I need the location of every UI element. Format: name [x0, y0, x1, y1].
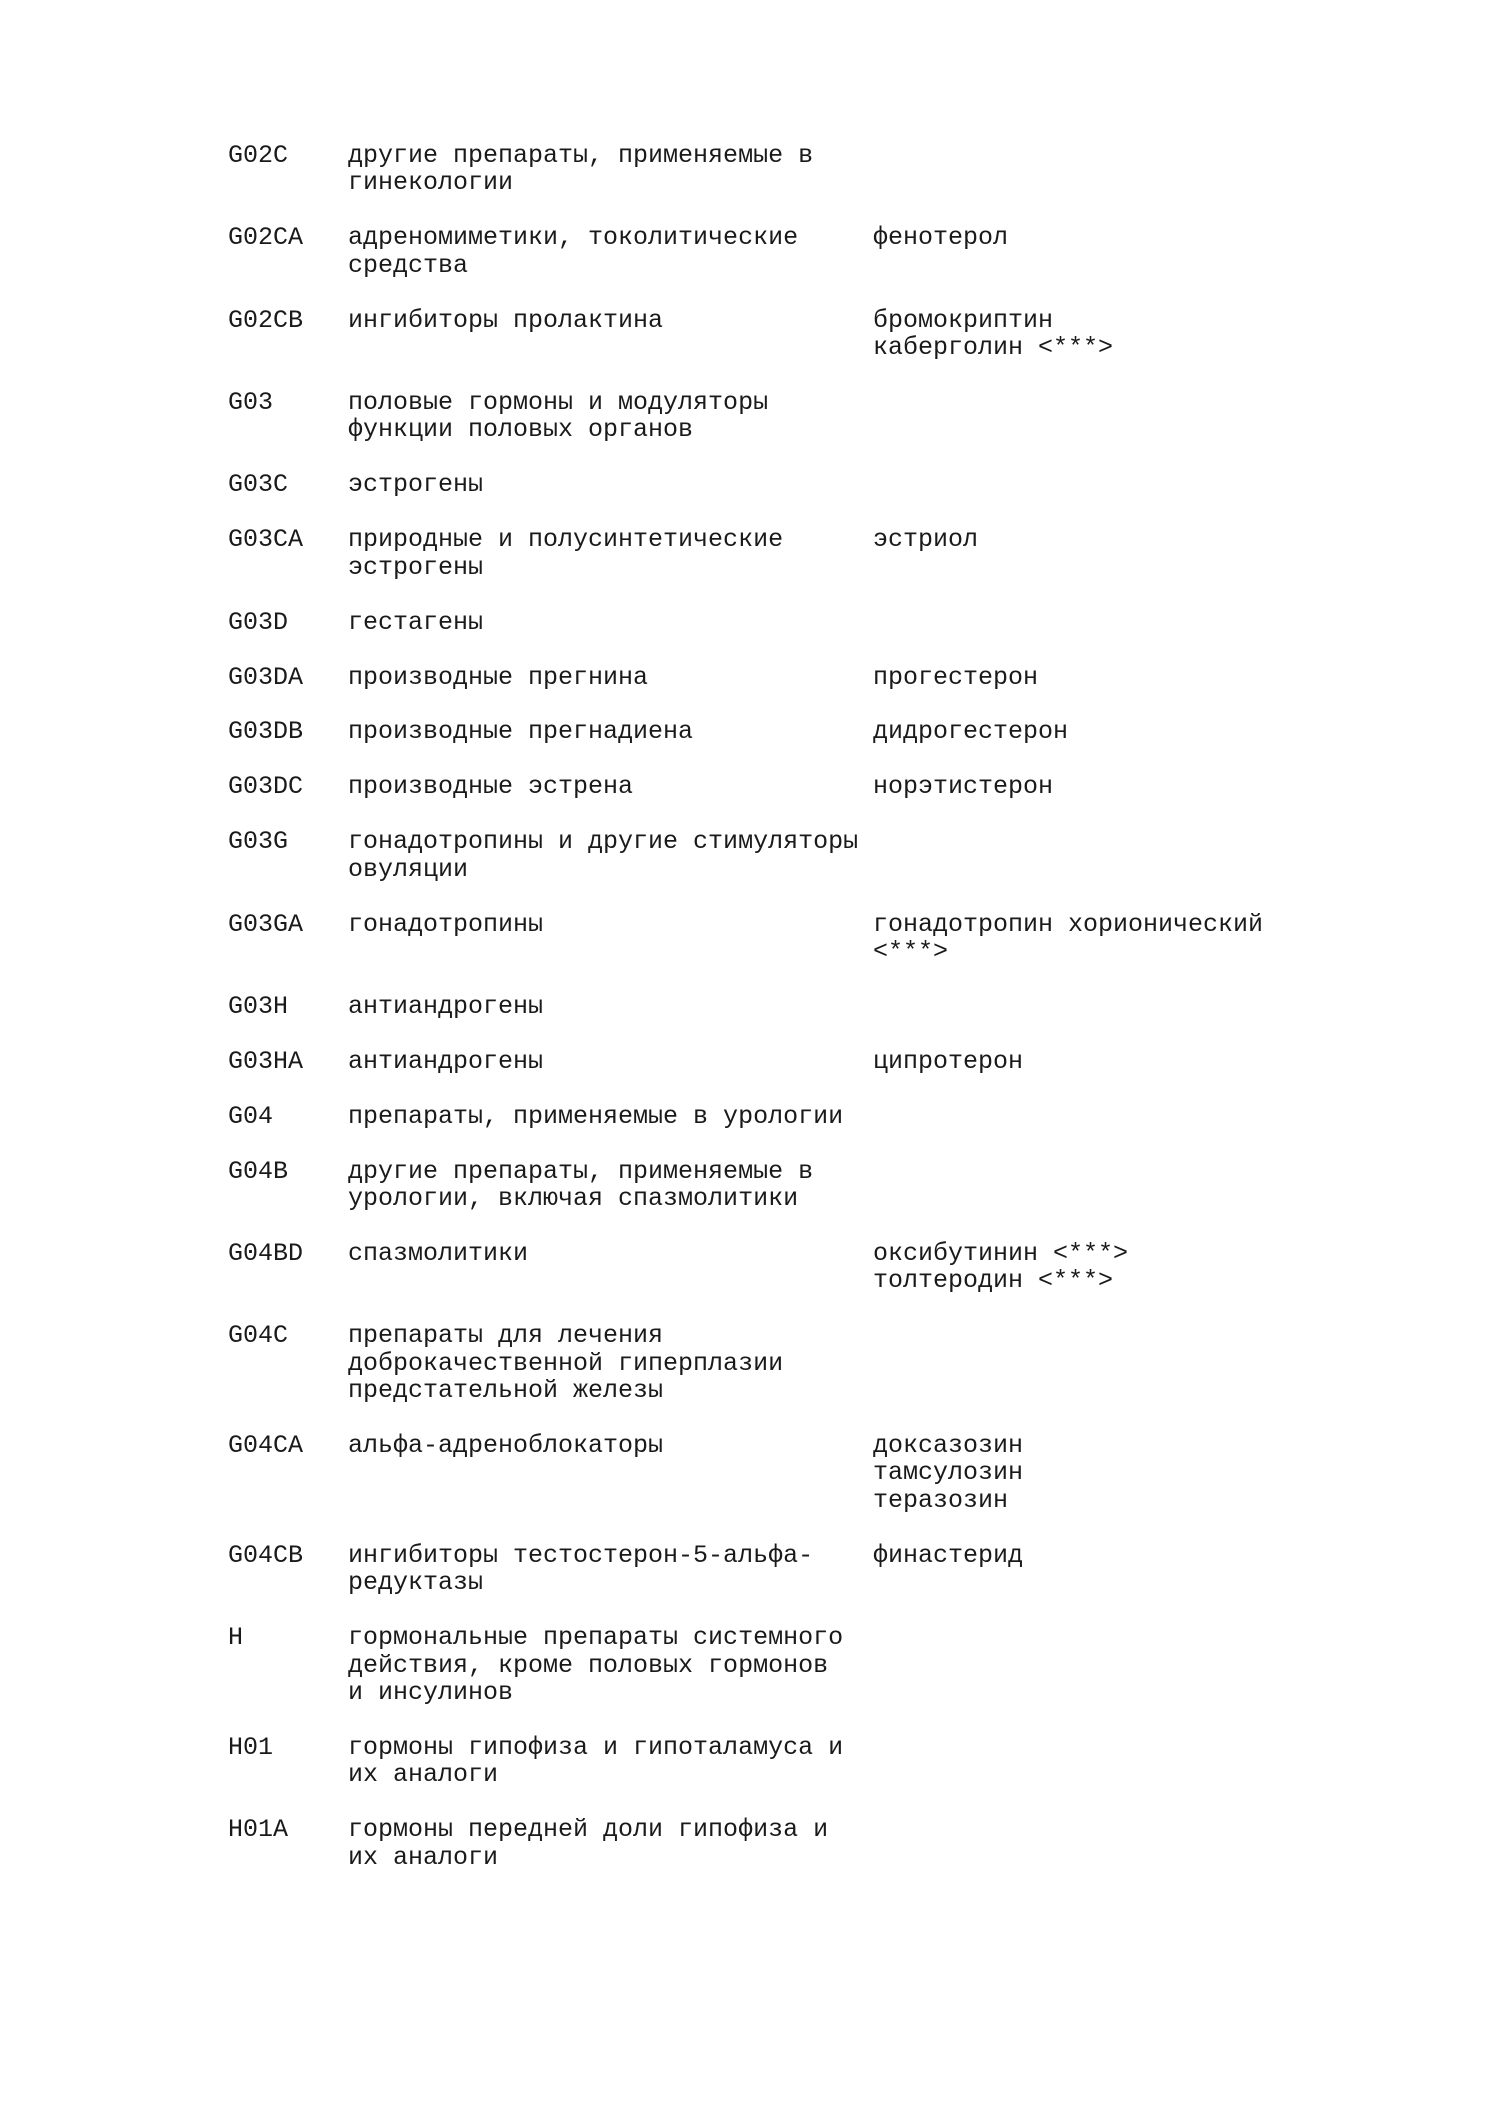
atc-code: G03DC — [228, 773, 348, 800]
table-row: G03DC производные эстрена норэтистерон — [228, 773, 1328, 800]
drug-name: оксибутинин <***> — [873, 1240, 1328, 1267]
description-line: производные эстрена — [348, 773, 873, 800]
group-description: гормоны передней доли гипофиза иих анало… — [348, 1816, 873, 1871]
drug-list — [873, 1734, 1328, 1789]
drug-list: эстриол — [873, 526, 1328, 581]
table-row: G04C препараты для лечениядоброкачествен… — [228, 1322, 1328, 1404]
drug-list — [873, 1103, 1328, 1130]
atc-classification-table: G02C другие препараты, применяемые вгине… — [228, 142, 1328, 1899]
group-description: другие препараты, применяемые вгинеколог… — [348, 142, 873, 197]
drug-list — [873, 1322, 1328, 1404]
table-row: G02CB ингибиторы пролактина бромокриптин… — [228, 307, 1328, 362]
atc-code: G03DB — [228, 718, 348, 745]
table-row: G04BD спазмолитики оксибутинин <***>толт… — [228, 1240, 1328, 1295]
drug-list: ципротерон — [873, 1048, 1328, 1075]
atc-code: G03D — [228, 609, 348, 636]
table-row: G03GA гонадотропины гонадотропин хориони… — [228, 911, 1328, 966]
table-row: G03D гестагены — [228, 609, 1328, 636]
group-description: гормональные препараты системногодействи… — [348, 1624, 873, 1706]
description-line: действия, кроме половых гормонов — [348, 1652, 873, 1679]
description-line: эстрогены — [348, 471, 873, 498]
description-line: функции половых органов — [348, 416, 873, 443]
drug-list: дидрогестерон — [873, 718, 1328, 745]
atc-code: G04BD — [228, 1240, 348, 1295]
atc-code: G03 — [228, 389, 348, 444]
atc-code: G03C — [228, 471, 348, 498]
table-row: G02CA адреномиметики, токолитическиесред… — [228, 224, 1328, 279]
atc-code: G03G — [228, 828, 348, 883]
atc-code: G04C — [228, 1322, 348, 1404]
description-line: антиандрогены — [348, 993, 873, 1020]
drug-name: прогестерон — [873, 664, 1328, 691]
table-row: G04B другие препараты, применяемые вурол… — [228, 1158, 1328, 1213]
group-description: природные и полусинтетическиеэстрогены — [348, 526, 873, 581]
group-description: гонадотропины и другие стимуляторыовуляц… — [348, 828, 873, 883]
atc-code: G03CA — [228, 526, 348, 581]
table-row: G04CA альфа-адреноблокаторы доксазозинта… — [228, 1432, 1328, 1514]
description-line: редуктазы — [348, 1569, 873, 1596]
group-description: препараты, применяемые в урологии — [348, 1103, 873, 1130]
description-line: эстрогены — [348, 554, 873, 581]
drug-list — [873, 1624, 1328, 1706]
drug-list: бромокриптинкаберголин <***> — [873, 307, 1328, 362]
group-description: другие препараты, применяемые вурологии,… — [348, 1158, 873, 1213]
drug-list — [873, 1158, 1328, 1213]
group-description: гонадотропины — [348, 911, 873, 966]
description-line: гонадотропины и другие стимуляторы — [348, 828, 873, 855]
drug-name: каберголин <***> — [873, 334, 1328, 361]
drug-list — [873, 993, 1328, 1020]
description-line: гинекологии — [348, 169, 873, 196]
atc-code: H01A — [228, 1816, 348, 1871]
atc-code: G04CB — [228, 1542, 348, 1597]
table-row: H01 гормоны гипофиза и гипоталамуса иих … — [228, 1734, 1328, 1789]
group-description: производные эстрена — [348, 773, 873, 800]
group-description: гестагены — [348, 609, 873, 636]
description-line: средства — [348, 252, 873, 279]
table-row: G03HA антиандрогены ципротерон — [228, 1048, 1328, 1075]
drug-list — [873, 471, 1328, 498]
group-description: спазмолитики — [348, 1240, 873, 1295]
drug-name: ципротерон — [873, 1048, 1328, 1075]
drug-list — [873, 1816, 1328, 1871]
drug-name: гонадотропин хорионический — [873, 911, 1328, 938]
description-line: производные прегнина — [348, 664, 873, 691]
description-line: альфа-адреноблокаторы — [348, 1432, 873, 1459]
group-description: антиандрогены — [348, 1048, 873, 1075]
description-line: гормональные препараты системного — [348, 1624, 873, 1651]
group-description: ингибиторы тестостерон-5-альфа-редуктазы — [348, 1542, 873, 1597]
table-row: G04CB ингибиторы тестостерон-5-альфа-ред… — [228, 1542, 1328, 1597]
drug-name: толтеродин <***> — [873, 1267, 1328, 1294]
drug-list: фенотерол — [873, 224, 1328, 279]
description-line: гормоны гипофиза и гипоталамуса и — [348, 1734, 873, 1761]
drug-list — [873, 609, 1328, 636]
drug-name: теразозин — [873, 1487, 1328, 1514]
atc-code: G03DA — [228, 664, 348, 691]
table-row: G03C эстрогены — [228, 471, 1328, 498]
atc-code: G04B — [228, 1158, 348, 1213]
drug-name: доксазозин — [873, 1432, 1328, 1459]
drug-list: оксибутинин <***>толтеродин <***> — [873, 1240, 1328, 1295]
group-description: гормоны гипофиза и гипоталамуса иих анал… — [348, 1734, 873, 1789]
table-row: G03G гонадотропины и другие стимуляторыо… — [228, 828, 1328, 883]
drug-list — [873, 389, 1328, 444]
description-line: спазмолитики — [348, 1240, 873, 1267]
description-line: урологии, включая спазмолитики — [348, 1185, 873, 1212]
description-line: гормоны передней доли гипофиза и — [348, 1816, 873, 1843]
drug-name: тамсулозин — [873, 1459, 1328, 1486]
description-line: производные прегнадиена — [348, 718, 873, 745]
table-row: G03DA производные прегнина прогестерон — [228, 664, 1328, 691]
table-row: G03H антиандрогены — [228, 993, 1328, 1020]
description-line: гестагены — [348, 609, 873, 636]
drug-list: финастерид — [873, 1542, 1328, 1597]
description-line: доброкачественной гиперплазии — [348, 1350, 873, 1377]
table-row: G03DB производные прегнадиена дидрогесте… — [228, 718, 1328, 745]
group-description: производные прегнадиена — [348, 718, 873, 745]
description-line: адреномиметики, токолитические — [348, 224, 873, 251]
group-description: половые гормоны и модуляторыфункции поло… — [348, 389, 873, 444]
group-description: эстрогены — [348, 471, 873, 498]
drug-list — [873, 142, 1328, 197]
drug-list: норэтистерон — [873, 773, 1328, 800]
table-row: G04 препараты, применяемые в урологии — [228, 1103, 1328, 1130]
description-line: гонадотропины — [348, 911, 873, 938]
group-description: препараты для лечениядоброкачественной г… — [348, 1322, 873, 1404]
description-line: их аналоги — [348, 1761, 873, 1788]
atc-code: G02CB — [228, 307, 348, 362]
drug-name: финастерид — [873, 1542, 1328, 1569]
atc-code: G03HA — [228, 1048, 348, 1075]
description-line: другие препараты, применяемые в — [348, 142, 873, 169]
atc-code: G04 — [228, 1103, 348, 1130]
description-line: половые гормоны и модуляторы — [348, 389, 873, 416]
group-description: антиандрогены — [348, 993, 873, 1020]
drug-list — [873, 828, 1328, 883]
description-line: другие препараты, применяемые в — [348, 1158, 873, 1185]
drug-name: бромокриптин — [873, 307, 1328, 334]
atc-code: G02C — [228, 142, 348, 197]
description-line: ингибиторы тестостерон-5-альфа- — [348, 1542, 873, 1569]
drug-name: <***> — [873, 938, 1328, 965]
description-line: антиандрогены — [348, 1048, 873, 1075]
table-row: G02C другие препараты, применяемые вгине… — [228, 142, 1328, 197]
table-row: H01A гормоны передней доли гипофиза иих … — [228, 1816, 1328, 1871]
description-line: препараты для лечения — [348, 1322, 873, 1349]
description-line: препараты, применяемые в урологии — [348, 1103, 873, 1130]
drug-list: гонадотропин хорионический<***> — [873, 911, 1328, 966]
drug-list: прогестерон — [873, 664, 1328, 691]
group-description: адреномиметики, токолитическиесредства — [348, 224, 873, 279]
description-line: ингибиторы пролактина — [348, 307, 873, 334]
drug-name: норэтистерон — [873, 773, 1328, 800]
atc-code: G03H — [228, 993, 348, 1020]
description-line: предстательной железы — [348, 1377, 873, 1404]
atc-code: G03GA — [228, 911, 348, 966]
description-line: и инсулинов — [348, 1679, 873, 1706]
table-row: G03CA природные и полусинтетическиеэстро… — [228, 526, 1328, 581]
drug-name: фенотерол — [873, 224, 1328, 251]
group-description: альфа-адреноблокаторы — [348, 1432, 873, 1514]
atc-code: G02CA — [228, 224, 348, 279]
description-line: их аналоги — [348, 1844, 873, 1871]
atc-code: G04CA — [228, 1432, 348, 1514]
drug-name: дидрогестерон — [873, 718, 1328, 745]
description-line: природные и полусинтетические — [348, 526, 873, 553]
group-description: производные прегнина — [348, 664, 873, 691]
group-description: ингибиторы пролактина — [348, 307, 873, 362]
table-row: G03 половые гормоны и модуляторыфункции … — [228, 389, 1328, 444]
description-line: овуляции — [348, 856, 873, 883]
table-row: H гормональные препараты системногодейст… — [228, 1624, 1328, 1706]
atc-code: H01 — [228, 1734, 348, 1789]
drug-list: доксазозинтамсулозинтеразозин — [873, 1432, 1328, 1514]
atc-code: H — [228, 1624, 348, 1706]
drug-name: эстриол — [873, 526, 1328, 553]
